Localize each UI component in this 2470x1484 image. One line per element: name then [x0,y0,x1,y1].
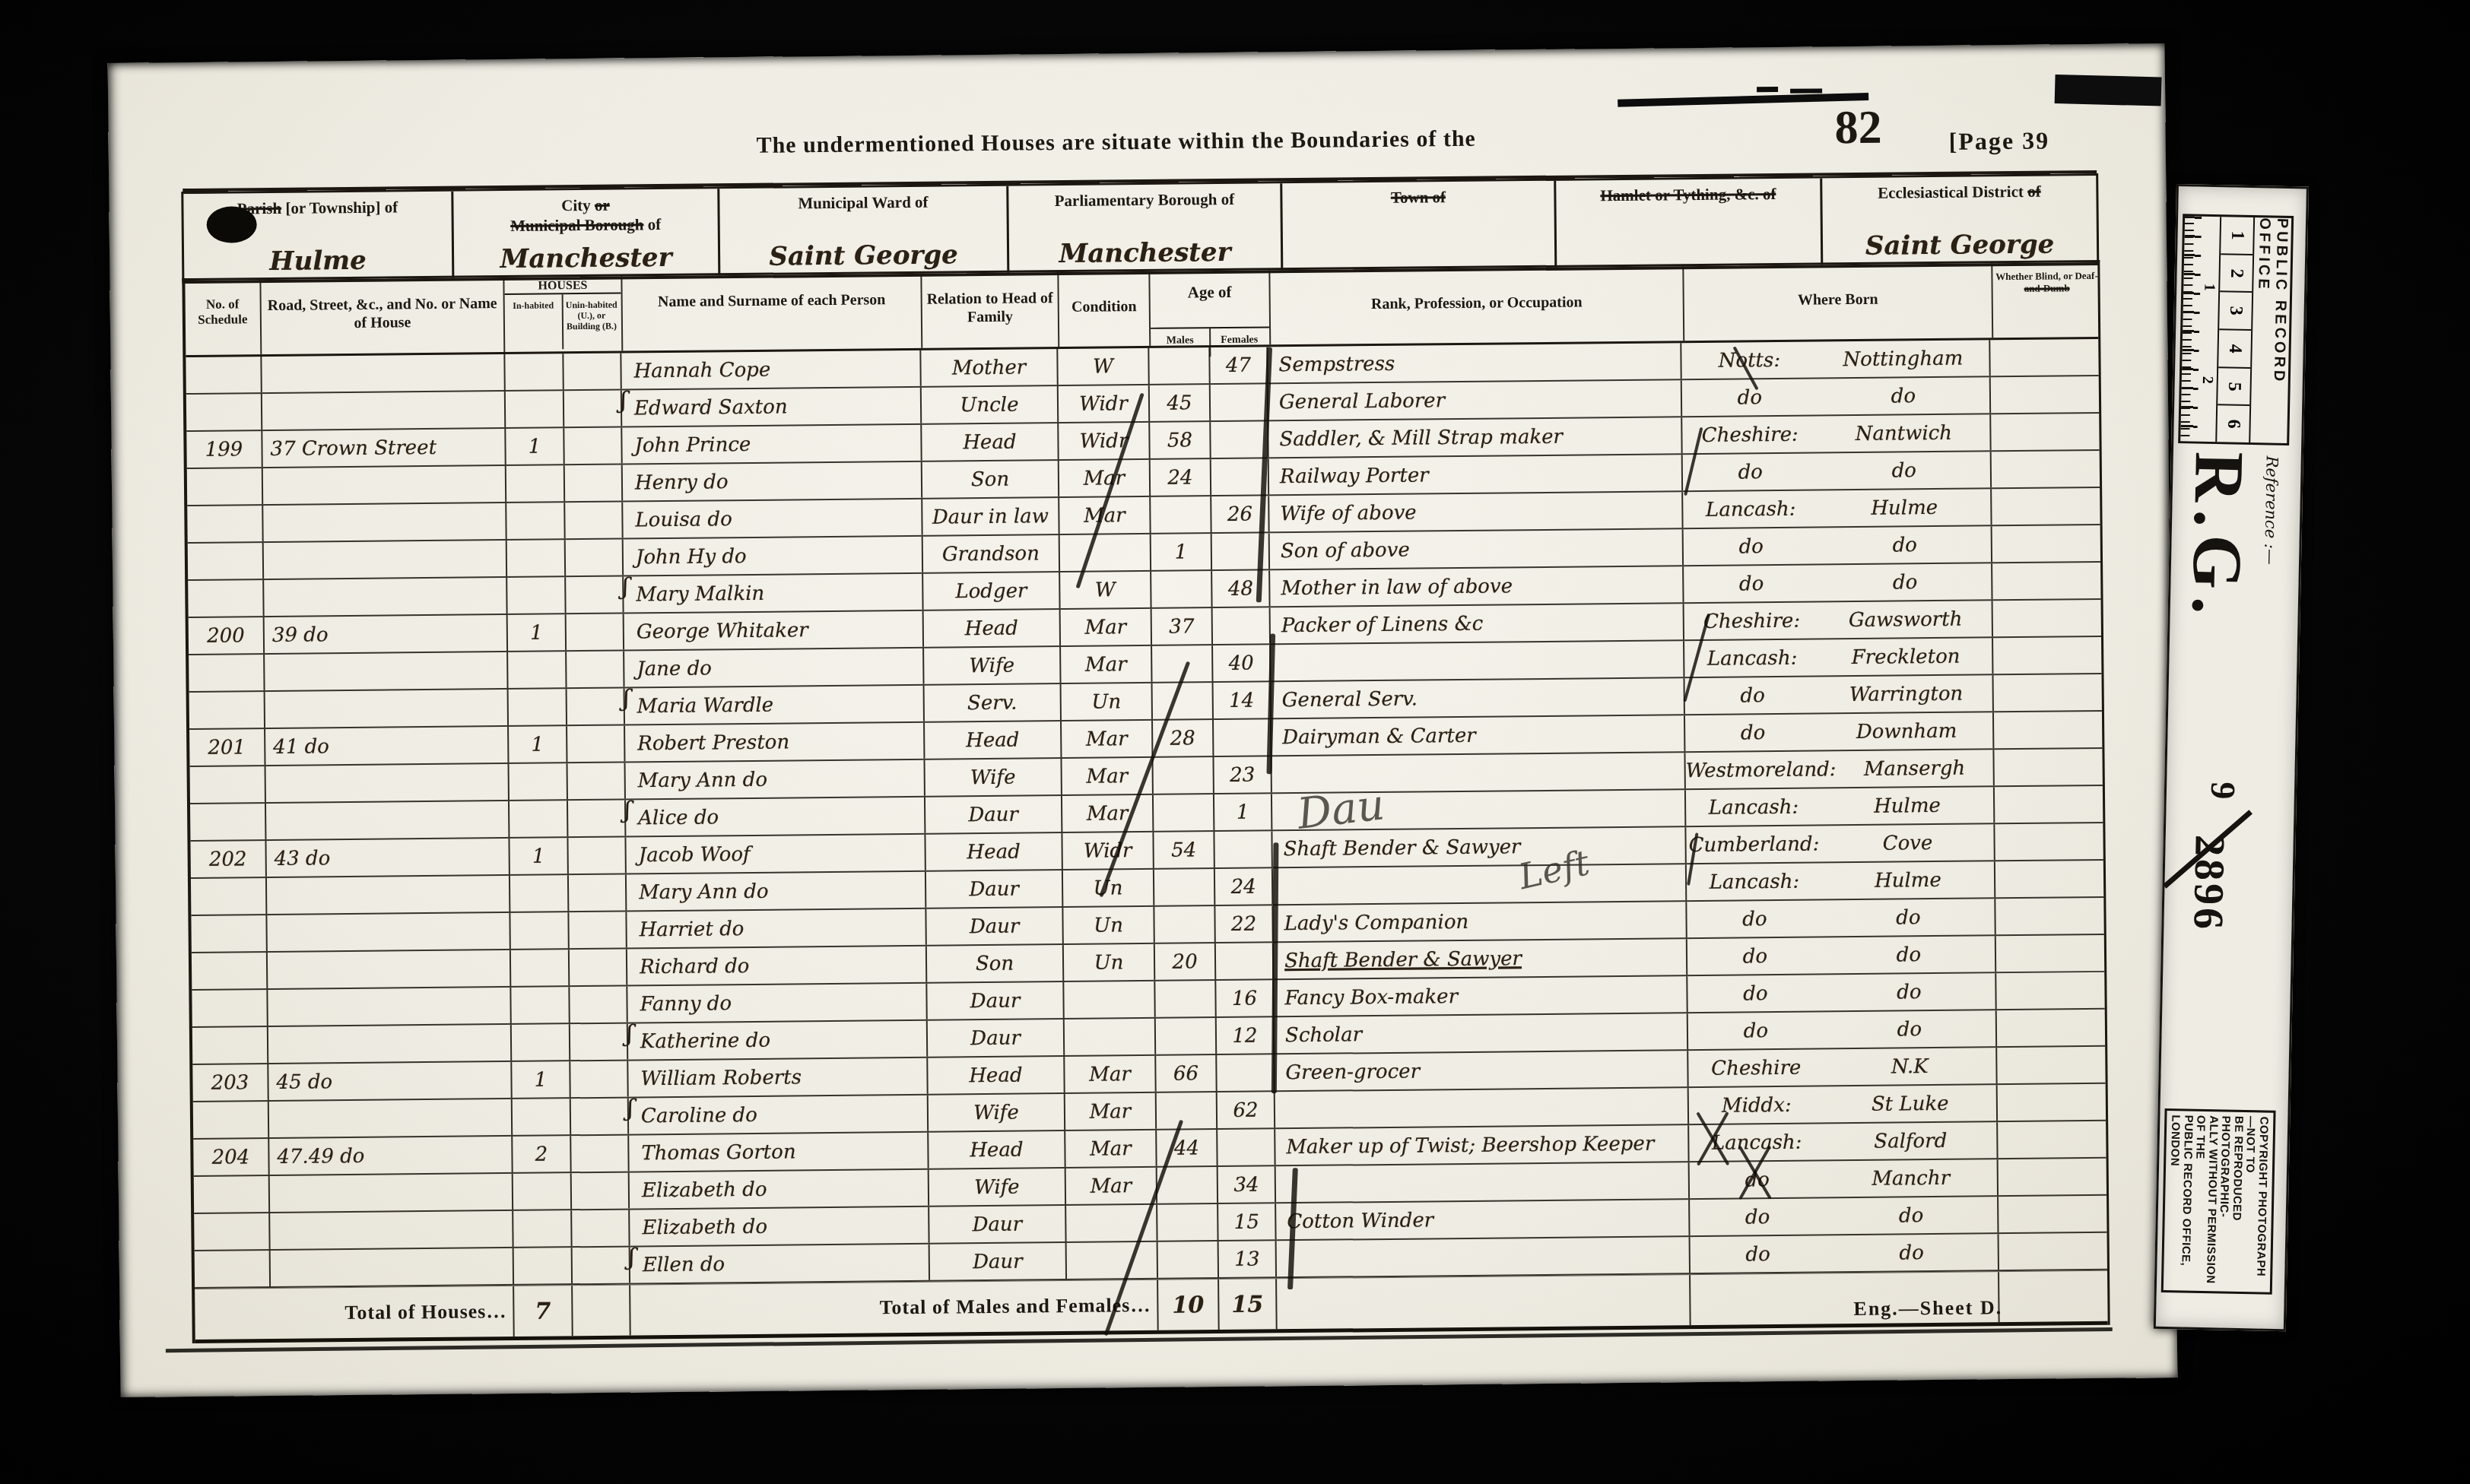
age-female: 62 [1218,1092,1275,1128]
age-female: 15 [1218,1203,1276,1240]
relation-to-head: Mother [921,349,1058,386]
col-header-males: Males [1151,328,1211,357]
total-houses-value: 7 [514,1286,573,1337]
schedule-number [188,580,264,617]
born-place: Downham [1821,719,1993,744]
houses-uninhabited [570,1061,628,1098]
person-name: Caroline do [629,1096,929,1134]
person-name: John Hy do [624,537,923,576]
occupation: General Serv. [1272,678,1685,718]
born-county: Middx: [1689,1093,1824,1118]
col-header-condition: Condition [1059,271,1151,347]
occupation: Railway Porter [1269,455,1683,494]
houses-uninhabited [567,689,625,725]
blind-column-cell [1998,1084,2106,1121]
schedule-number [190,766,266,803]
born-county: do [1685,683,1821,708]
condition: Mar [1065,1130,1157,1167]
person-name: Henry do [623,462,922,501]
occupation: Lady's Companion [1273,902,1687,941]
ruler-box: 1 2 1 2 3 4 5 6 PUBLIC RECORD OFFICE [2178,214,2294,446]
ruler-cm-scale: 1 2 3 4 5 6 [2217,217,2255,442]
borough-label-of: of [643,215,661,233]
schedule-number [193,1102,269,1138]
born-place: Freckleton [1820,645,1992,669]
age-female: 1 [1214,794,1272,830]
houses-inhabited [506,391,564,427]
houses-uninhabited [570,950,627,986]
folio-number: 82 [1834,101,1882,156]
parl-borough-value: Manchester [1009,236,1281,269]
ruler-cm-number: 4 [2218,330,2251,369]
age-male: 1 [1151,534,1212,570]
age-female: 23 [1214,756,1272,793]
occupation: Wife of above [1269,492,1683,531]
age-female [1216,943,1274,979]
born-county: Lancash: [1686,795,1821,820]
person-name: Edward Saxton [622,388,922,426]
public-record-office-label: PUBLIC RECORD OFFICE [2251,217,2291,443]
condition: Un [1062,683,1153,720]
road-street: 41 do [265,727,509,765]
blind-column-cell [1990,339,2098,376]
houses-inhabited: 2 [513,1136,571,1172]
born-county: do [1684,534,1819,559]
relation-to-head: Serv. [925,684,1062,721]
schedule-number [186,357,262,393]
blind-column-cell [1997,1047,2105,1083]
born-place: Hulme [1822,868,1995,893]
born-county: Notts: [1681,348,1817,373]
scanned-census-photograph: The undermentioned Houses are situate wi… [0,0,2470,1484]
houses-inhabited [513,1210,572,1247]
col-header-inhabited: In-habited [505,294,564,350]
where-born: do do [1687,936,1996,975]
born-place: St Luke [1824,1092,1996,1116]
born-place: do [1825,1241,1998,1265]
road-street [263,466,506,504]
road-street [264,541,507,579]
road-street [269,1099,513,1137]
person-name: Elizabeth do [630,1207,929,1246]
condition: Mar [1061,609,1152,645]
houses-inhabited: 1 [512,1061,570,1098]
blind-column-cell [1992,563,2100,599]
series-rg: R.G. [2176,451,2259,623]
road-street [265,652,508,690]
houses-uninhabited [565,465,623,502]
road-street [270,1174,513,1212]
occupation: Cotton Winder [1276,1200,1690,1239]
person-name: Ellen do [630,1245,930,1283]
houses-uninhabited [573,1248,630,1284]
blind-column-cell [1999,1159,2106,1195]
houses-uninhabited [569,875,627,912]
occupation [1275,1088,1689,1127]
houses-uninhabited [568,763,626,800]
town-label-struck: Town of [1391,188,1446,207]
where-born: Lancash: Hulme [1683,489,1992,528]
person-name: Hannah Cope [621,350,921,389]
occupation [1277,1237,1691,1276]
born-county: Cheshire: [1682,423,1818,447]
ruler-cm-number: 6 [2217,406,2249,443]
where-born: Lancash: Hulme [1687,861,1995,900]
born-place: do [1825,1203,1998,1228]
blind-column-cell [1995,823,2103,860]
age-male [1154,794,1214,831]
houses-uninhabited [568,801,626,837]
where-born: do do [1687,899,1995,937]
born-county: do [1687,981,1823,1006]
born-place: do [1818,458,1991,483]
houses-uninhabited [564,354,621,390]
born-place: do [1822,905,1995,930]
person-name: Elizabeth do [630,1170,929,1209]
condition [1064,981,1155,1018]
where-born: Cheshire: Nantwich [1682,414,1991,453]
table-body: Hannah Cope Mother W 47 Sempstress Notts… [186,339,2107,1289]
schedule-number [192,1027,268,1064]
born-county: Lancash: [1687,870,1822,894]
houses-inhabited: 1 [506,428,564,465]
born-place: do [1823,980,1995,1004]
scan-smudge [1790,88,1822,93]
occupation: Mother in law of above [1270,566,1684,606]
relation-to-head: Daur [930,1243,1067,1280]
relation-to-head: Daur [929,1206,1066,1243]
blind-column-cell [1995,898,2103,934]
where-born: Cumberland: Cove [1686,824,1995,863]
page-heading: The undermentioned Houses are situate wi… [641,125,1592,160]
total-females-value: 15 [1219,1279,1278,1330]
houses-uninhabited [564,428,622,465]
age-male: 66 [1156,1055,1217,1092]
col-header-occupation: Rank, Profession, or Occupation [1270,266,1684,344]
schedule-number [194,1213,270,1250]
scan-smudge [2055,75,2162,106]
census-page: The undermentioned Houses are situate wi… [108,43,2178,1397]
person-name: Jacob Woof [626,835,925,874]
houses-inhabited [507,577,566,614]
born-county: Cheshire [1688,1056,1824,1080]
age-female [1217,1054,1275,1091]
age-male: 58 [1150,422,1211,458]
condition: W [1060,572,1151,608]
ruler-cm-number: 2 [2220,255,2253,293]
houses-uninhabited [564,391,622,427]
houses-uninhabited [571,1099,629,1135]
blind-column-cell [1993,674,2101,711]
census-table: No. ofSchedule Road, Street, &c., and No… [182,260,2110,1343]
age-male [1155,981,1216,1017]
total-houses-label: Total of Houses… [195,1286,515,1340]
total-males-females-label: Total of Males and Females… [630,1280,1159,1336]
blind-column-cell [1993,637,2101,674]
houses-inhabited [508,652,567,688]
schedule-number: 204 [193,1139,269,1175]
occupation: Saddler, & Mill Strap maker [1268,417,1682,457]
blind-column-cell [1999,1233,2107,1270]
born-county: Lancash: [1683,497,1818,522]
blind-column-cell [1997,1010,2105,1046]
houses-uninhabited [566,540,624,576]
col-header-uninhabited: Unin-habited (U.), or Building (B.) [564,294,621,350]
houses-inhabited [505,354,564,390]
relation-to-head: Wife [924,647,1061,684]
relation-to-head: Head [928,1057,1065,1094]
schedule-number [195,1251,271,1287]
relation-to-head: Head [925,721,1062,759]
houses-inhabited: 1 [508,614,567,651]
relation-to-head: Head [924,610,1061,647]
where-born: do do [1688,1010,1997,1049]
eccl-district-label: Ecclesiastical District [1878,182,2027,202]
person-name: Mary Ann do [626,760,925,799]
road-street [266,764,510,802]
condition: Mar [1061,646,1152,683]
parish-label: [or Township] of [281,198,398,217]
page-number-label: [Page 39 [1949,127,2050,156]
born-place: Warrington [1820,682,1992,706]
where-born: do Downham [1685,712,1994,751]
schedule-number [190,804,266,840]
schedule-number: 201 [189,729,265,766]
boundary-cell-hamlet: Hamlet or Tything, &c. of [1556,178,1823,267]
condition: Mar [1065,1093,1157,1130]
relation-to-head: Head [925,833,1062,870]
born-place: Mansergh [1836,756,1992,781]
houses-uninhabited [568,838,626,874]
age-male [1151,496,1211,533]
relation-to-head: Wife [925,759,1062,796]
person-name: Alice do [626,797,925,836]
where-born: Notts: Nottingham [1681,340,1990,379]
age-male [1153,757,1214,794]
relation-to-head: Wife [929,1168,1066,1206]
road-street [268,1025,512,1063]
pro-reference-strip: 1 2 1 2 3 4 5 6 PUBLIC RECORD OFFICE Ref… [2154,184,2309,1331]
road-street [270,1211,513,1249]
class-number: 9 [2203,782,2243,800]
age-male [1157,1204,1218,1241]
houses-inhabited [510,912,569,949]
col-header-females: Females [1211,328,1268,357]
condition: Widr [1062,832,1154,869]
schedule-number [191,878,267,915]
condition: Mar [1066,1168,1157,1204]
city-label-struck: or [595,196,610,214]
born-place: do [1819,570,1992,595]
born-county: do [1682,385,1818,410]
total-males-value: 10 [1158,1279,1220,1330]
road-street [265,690,509,728]
person-name: John Prince [622,425,922,464]
occupation: Maker up of Twist; Beershop Keeper [1275,1125,1689,1165]
born-place: Cove [1821,831,1994,855]
relation-to-head: Head [922,423,1059,461]
condition: Mar [1062,795,1154,832]
age-male [1154,906,1215,943]
road-street [264,578,507,616]
condition: Un [1063,907,1154,943]
born-place: do [1818,384,1990,408]
houses-uninhabited [571,1136,629,1172]
born-place: Nottingham [1817,347,1989,371]
city-value: Manchester [454,242,718,274]
occupation: Dairyman & Carter [1272,715,1685,755]
parl-borough-label: Parliamentary Borough of [1055,190,1235,210]
scan-smudge [1757,87,1778,92]
col-header-schedule: No. ofSchedule [185,280,262,355]
person-name: Robert Preston [625,723,925,762]
road-street [262,354,505,392]
occupation: Fancy Box-maker [1274,976,1687,1016]
houses-uninhabited [572,1210,630,1247]
occupation: Scholar [1275,1013,1688,1053]
age-male: 37 [1152,608,1213,645]
houses-inhabited [510,875,569,912]
schedule-number: 200 [189,617,265,654]
age-female: 13 [1219,1241,1277,1277]
age-male [1158,1241,1219,1278]
born-county: do [1690,1205,1825,1229]
schedule-number [188,543,264,579]
houses-uninhabited [570,1024,628,1061]
occupation: Packer of Linens &c [1271,604,1684,643]
age-female: 12 [1217,1017,1275,1054]
copyright-text: COPYRIGHT PHOTOGRAPH—NOT TO BE REPRODUCE… [2167,1115,2271,1289]
boundary-cell-ward: Municipal Ward of Saint George [719,186,1009,276]
houses-uninhabited [567,614,624,651]
eccl-district-of-struck: of [2027,182,2041,201]
age-female [1213,607,1271,644]
road-street: 45 do [268,1062,512,1100]
age-male [1154,869,1215,905]
condition: Mar [1065,1056,1156,1092]
occupation [1271,641,1684,680]
schedule-number [194,1176,270,1213]
houses-inhabited [510,763,568,800]
pencil-annotation-dau: Dau [1295,780,1387,839]
age-male [1157,1167,1218,1203]
blind-column-cell [1992,525,2100,562]
houses-inhabited [510,801,568,837]
age-male: 20 [1155,943,1216,980]
relation-to-head: Lodger [923,572,1060,610]
ruler-inch-number: 2 [2199,376,2216,384]
relation-to-head: Daur [926,870,1063,908]
blind-column-cell [1998,1121,2106,1158]
boundary-cell-town: Town of [1282,181,1557,270]
born-place: do [1823,943,1995,967]
occupation: Green-grocer [1275,1051,1688,1090]
boundary-cell-city: City or Municipal Borough of Manchester [453,189,720,277]
ward-value: Saint George [720,239,1007,273]
blind-column-cell [1999,1196,2106,1232]
ruler-inch-number: 1 [2200,284,2218,291]
blind-column-cell [1992,488,2100,525]
born-place: do [1818,533,1991,557]
relation-to-head: Daur [928,1019,1065,1057]
schedule-number [187,506,263,542]
occupation: Shaft Bender & Sawyer [1274,939,1687,978]
person-name: Thomas Gorton [629,1133,929,1172]
relation-to-head: Grandson [923,535,1060,572]
relation-to-head: Wife [929,1094,1065,1131]
age-male: 24 [1151,459,1211,496]
houses-uninhabited [565,503,623,539]
age-female [1211,421,1268,458]
age-male [1153,683,1214,719]
born-place: do [1824,1017,1996,1042]
age-female: 34 [1218,1166,1276,1203]
born-county: do [1683,460,1818,484]
schedule-number [189,692,265,728]
road-street [267,913,510,951]
houses-inhabited [514,1248,573,1284]
schedule-number: 199 [186,431,262,468]
parish-value: Hulme [184,245,452,277]
where-born: do do [1684,526,1992,565]
houses-uninhabited [566,577,624,614]
houses-uninhabited [567,726,625,763]
person-name: Katherine do [628,1021,928,1060]
born-county: do [1691,1242,1826,1267]
blind-column-cell [1995,786,2103,823]
blind-column-cell [1991,414,2099,450]
houses-inhabited [506,465,565,502]
age-female [1214,831,1272,867]
reference-label: Reference :— [2261,455,2281,565]
born-place: Manchr [1824,1166,1997,1191]
where-born: do do [1691,1234,1999,1273]
road-street: 43 do [266,839,510,877]
schedule-number [191,915,267,952]
age-female: 40 [1213,645,1271,681]
totals-spacer [573,1285,631,1336]
blind-column-cell [1995,861,2103,897]
person-name: Richard do [627,947,927,985]
road-street [263,503,506,541]
col-header-relation: Relation to Head of Family [922,272,1059,348]
born-place: N.K [1824,1054,1996,1079]
city-label: City [561,196,595,214]
houses-inhabited [512,1024,570,1061]
person-name: Harriet do [627,909,926,948]
occupation: General Laborer [1268,380,1682,420]
person-name: Mary Malkin [624,574,923,613]
ruler-cm-number: 5 [2218,368,2250,407]
person-name: Jane do [624,648,924,687]
condition: Mar [1059,460,1151,496]
born-place: Hulme [1821,794,1994,818]
boundary-cell-eccl-district: Ecclesiastical District of Saint George [1822,176,2097,265]
born-county: do [1687,944,1823,969]
relation-to-head: Head [929,1131,1065,1168]
houses-uninhabited [572,1173,630,1210]
born-place: Nantwich [1818,421,1990,446]
where-born: do do [1683,452,1992,490]
occupation [1273,864,1687,904]
where-born: Lancash: Hulme [1686,787,1995,826]
road-street: 37 Crown Street [262,429,506,467]
age-female [1214,719,1272,756]
relation-to-head: Son [922,461,1059,498]
where-born: Lancash: Freckleton [1684,638,1993,677]
schedule-number: 202 [190,841,266,877]
houses-inhabited [506,503,565,539]
